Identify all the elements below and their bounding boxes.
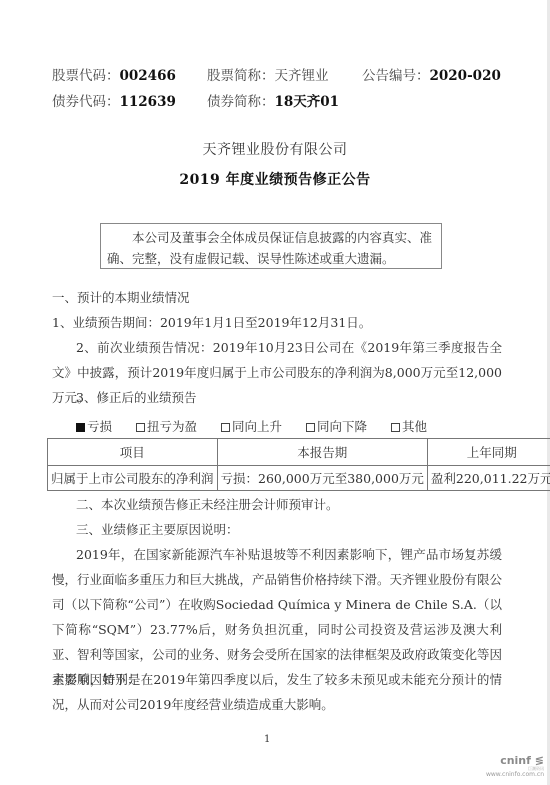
checkbox-decrease[interactable]: 同向下降 (306, 417, 367, 437)
bond-info-row: 债券代码：112639 债券简称：18天齐01 (52, 92, 522, 112)
col-header-current: 本报告期 (217, 439, 427, 466)
checkbox-other[interactable]: 其他 (391, 417, 427, 437)
checkbox-increase[interactable]: 同向上升 (221, 417, 282, 437)
unchecked-box-icon (221, 423, 230, 432)
table-header-row: 项目 本报告期 上年同期 (48, 439, 550, 466)
disclaimer-text: 本公司及董事会全体成员保证信息披露的内容真实、准确、完整，没有虚假记载、误导性陈… (107, 227, 436, 269)
stock-short-name: 股票简称：天齐锂业 (207, 66, 329, 86)
section1-heading: 一、预计的本期业绩情况 (52, 285, 492, 310)
cell-prior: 盈利220,011.22万元 (427, 466, 550, 491)
stock-code: 股票代码：002466 (52, 66, 176, 86)
forecast-type-options: 亏损 扭亏为盈 同向上升 同向下降 其他 (76, 417, 447, 437)
cninfo-watermark: cninf ≶ 巨潮资讯 www.cninfo.com.cn (486, 755, 544, 778)
announcement-number: 公告编号：2020-020 (362, 66, 501, 86)
checkbox-turnaround[interactable]: 扭亏为盈 (136, 417, 197, 437)
checked-box-icon (76, 423, 85, 432)
watermark-url: www.cninfo.com.cn (486, 771, 544, 778)
section1-item3: 3、修正后的业绩预告 (76, 385, 516, 410)
col-header-prior: 上年同期 (427, 439, 550, 466)
page-number: 1 (264, 734, 270, 745)
company-name: 天齐锂业股份有限公司 (0, 139, 550, 159)
section2-heading: 二、本次业绩预告修正未经注册会计师预审计。 (76, 492, 516, 517)
unchecked-box-icon (136, 423, 145, 432)
unchecked-box-icon (306, 423, 315, 432)
cell-item: 归属于上市公司股东的净利润 (48, 466, 218, 491)
cell-current: 亏损：260,000万元至380,000万元 (217, 466, 427, 491)
disclaimer-box: 本公司及董事会全体成员保证信息披露的内容真实、准确、完整，没有虚假记载、误导性陈… (100, 223, 442, 269)
bond-short-name: 债券简称：18天齐01 (207, 92, 339, 112)
col-header-item: 项目 (48, 439, 218, 466)
bond-code: 债券代码：112639 (52, 92, 176, 112)
stock-info-row: 股票代码：002466 股票简称：天齐锂业 公告编号：2020-020 (52, 66, 522, 86)
announcement-title: 2019 年度业绩预告修正公告 (0, 169, 550, 189)
unchecked-box-icon (391, 423, 400, 432)
table-row: 归属于上市公司股东的净利润 亏损：260,000万元至380,000万元 盈利2… (48, 466, 550, 491)
checkbox-loss[interactable]: 亏损 (76, 417, 112, 437)
section3-closing: 主要原因如下： (52, 667, 492, 692)
section3-heading: 三、业绩修正主要原因说明： (76, 517, 516, 542)
cninfo-logo: cninf ≶ (486, 755, 544, 766)
section1-item1: 1、业绩预告期间：2019年1月1日至2019年12月31日。 (52, 310, 492, 335)
forecast-table: 项目 本报告期 上年同期 归属于上市公司股东的净利润 亏损：260,000万元至… (47, 438, 550, 491)
